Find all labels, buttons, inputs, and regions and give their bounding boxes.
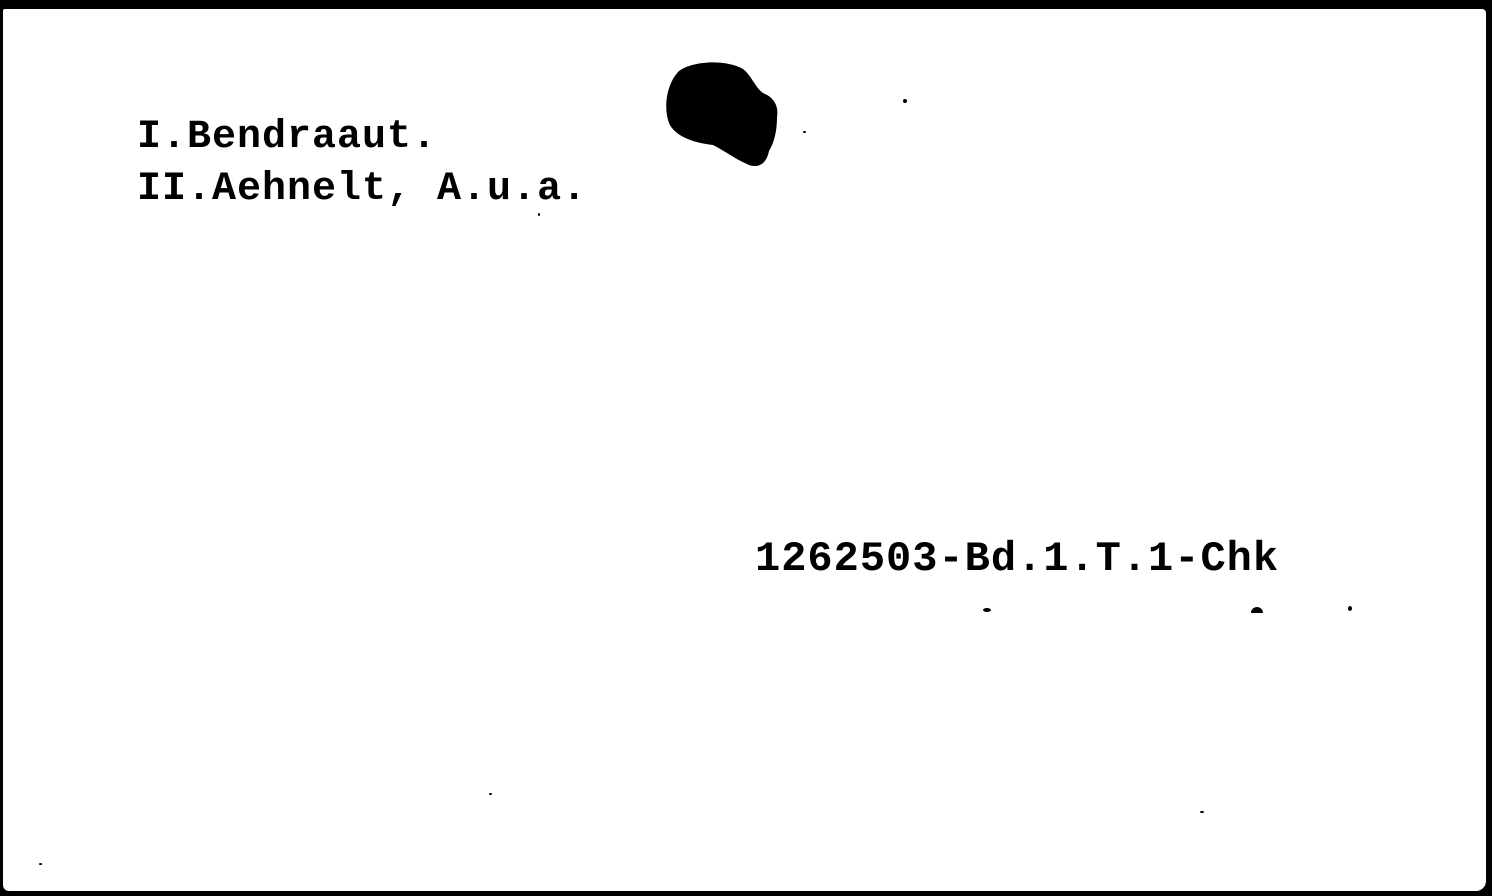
ink-blot-icon [665, 61, 783, 169]
catalog-card: I.Bendraaut. II.Aehnelt, A.u.a. 1262503-… [3, 9, 1486, 891]
speck-mark [983, 608, 991, 612]
card-bottom-edge [0, 891, 1492, 896]
speck-mark [1200, 811, 1204, 813]
speck-mark [1251, 607, 1263, 613]
added-entry-2: II.Aehnelt, A.u.a. [137, 167, 587, 213]
call-number: 1262503-Bd.1.T.1-Chk [755, 534, 1279, 584]
speck-mark [538, 213, 540, 216]
speck-mark [489, 793, 492, 795]
added-entry-1: I.Bendraaut. [137, 115, 437, 161]
speck-mark [903, 99, 907, 103]
speck-mark [39, 863, 42, 865]
speck-mark [803, 131, 806, 133]
speck-mark [1348, 606, 1352, 611]
